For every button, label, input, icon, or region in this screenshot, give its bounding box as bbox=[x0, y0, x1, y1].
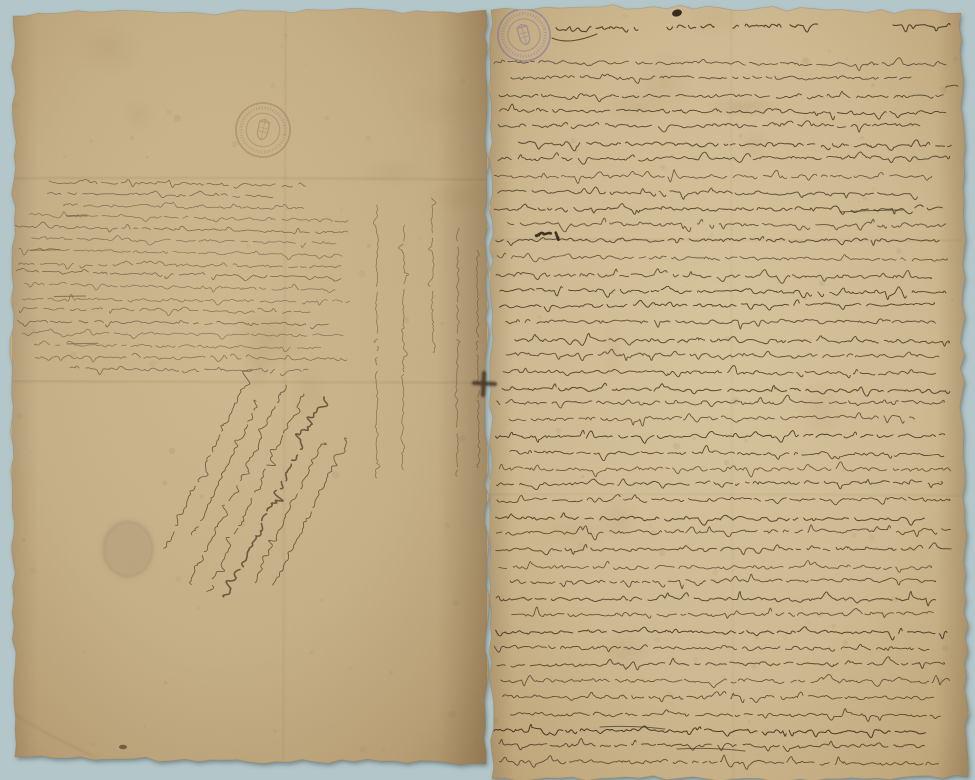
foxing-spot bbox=[951, 298, 954, 301]
foxing-spot bbox=[324, 116, 329, 121]
foxing-spot bbox=[29, 567, 36, 574]
foxing-spot bbox=[349, 667, 354, 672]
foxing-spot bbox=[693, 657, 698, 662]
manuscript-scan bbox=[0, 0, 975, 780]
foxing-spot bbox=[90, 741, 96, 747]
foxing-spot bbox=[581, 475, 585, 479]
foxing-spot bbox=[748, 720, 751, 723]
foxing-spot bbox=[650, 530, 657, 537]
foxing-spot bbox=[710, 233, 715, 238]
foxing-spot bbox=[372, 397, 374, 399]
foxing-spot bbox=[890, 596, 897, 603]
foxing-spot bbox=[310, 651, 314, 655]
foxing-spot bbox=[727, 755, 729, 757]
foxing-spot bbox=[164, 681, 168, 685]
foxing-spot bbox=[130, 136, 134, 140]
foxing-spot bbox=[21, 538, 25, 542]
foxing-spot bbox=[570, 138, 576, 144]
foxing-spot bbox=[858, 201, 860, 203]
foxing-spot bbox=[383, 748, 386, 751]
foxing-spot bbox=[948, 244, 952, 248]
foxing-spot bbox=[537, 314, 542, 319]
foxing-spot bbox=[324, 648, 326, 650]
paper-discoloration bbox=[120, 94, 156, 133]
foxing-spot bbox=[871, 83, 875, 87]
foxing-spot bbox=[360, 746, 367, 753]
foxing-spot bbox=[365, 135, 371, 141]
foxing-spot bbox=[149, 360, 156, 367]
foxing-spot bbox=[852, 533, 857, 538]
foxing-spot bbox=[389, 671, 393, 675]
foxing-spot bbox=[831, 624, 836, 629]
foxing-spot bbox=[842, 640, 848, 646]
foxing-spot bbox=[270, 83, 275, 88]
paper-discoloration bbox=[356, 158, 431, 188]
foxing-spot bbox=[744, 439, 748, 443]
foxing-spot bbox=[237, 410, 239, 412]
paper-discoloration bbox=[795, 377, 849, 441]
foxing-spot bbox=[474, 740, 481, 747]
foxing-spot bbox=[144, 726, 146, 728]
foxing-spot bbox=[556, 428, 561, 433]
foxing-spot bbox=[332, 471, 340, 479]
foxing-spot bbox=[654, 637, 660, 643]
foxing-spot bbox=[231, 141, 238, 148]
foxing-spot bbox=[660, 165, 666, 171]
foxing-spot bbox=[896, 248, 902, 254]
foxing-spot bbox=[71, 351, 77, 357]
foxing-spot bbox=[806, 620, 810, 624]
foxing-spot bbox=[367, 244, 371, 248]
round-stain bbox=[102, 520, 154, 578]
foxing-spot bbox=[671, 154, 673, 156]
foxing-spot bbox=[452, 600, 458, 606]
foxing-spot bbox=[769, 387, 772, 390]
paper-discoloration bbox=[704, 95, 783, 119]
foxing-spot bbox=[433, 295, 437, 299]
foxing-spot bbox=[648, 524, 653, 529]
foxing-spot bbox=[804, 117, 807, 120]
foxing-spot bbox=[869, 535, 875, 541]
foxing-spot bbox=[860, 136, 865, 141]
foxing-spot bbox=[841, 649, 843, 651]
foxing-spot bbox=[863, 196, 867, 200]
paper-discoloration bbox=[75, 21, 143, 77]
foxing-spot bbox=[756, 636, 759, 639]
foxing-spot bbox=[685, 283, 687, 285]
foxing-spot bbox=[146, 156, 149, 159]
foxing-spot bbox=[845, 58, 848, 61]
foxing-spot bbox=[13, 102, 20, 109]
foxing-spot bbox=[783, 635, 788, 640]
left-page bbox=[10, 8, 497, 768]
foxing-spot bbox=[246, 244, 251, 249]
foxing-spot bbox=[169, 448, 176, 455]
paper-discoloration bbox=[403, 79, 494, 129]
foxing-spot bbox=[273, 729, 277, 733]
foxing-spot bbox=[459, 435, 466, 442]
foxing-spot bbox=[175, 576, 181, 582]
foxing-spot bbox=[712, 569, 718, 575]
foxing-spot bbox=[197, 607, 200, 610]
foxing-spot bbox=[17, 413, 23, 419]
foxing-spot bbox=[942, 645, 949, 652]
foxing-spot bbox=[418, 238, 420, 240]
foxing-spot bbox=[430, 476, 432, 478]
foxing-spot bbox=[63, 155, 67, 159]
foxing-spot bbox=[671, 702, 675, 706]
foxing-spot bbox=[619, 255, 622, 258]
foxing-spot bbox=[531, 188, 533, 190]
foxing-spot bbox=[359, 270, 367, 278]
foxing-spot bbox=[724, 460, 729, 465]
foxing-spot bbox=[667, 691, 674, 698]
foxing-spot bbox=[692, 436, 695, 439]
foxing-spot bbox=[162, 481, 167, 486]
foxing-spot bbox=[280, 43, 284, 47]
paper-discoloration bbox=[226, 304, 310, 371]
foxing-spot bbox=[77, 407, 79, 409]
foxing-spot bbox=[174, 115, 181, 122]
foxing-spot bbox=[319, 598, 322, 601]
foxing-spot bbox=[752, 664, 757, 669]
foxing-spot bbox=[82, 650, 86, 654]
foxing-spot bbox=[30, 451, 32, 453]
foxing-spot bbox=[953, 56, 958, 61]
foxing-spot bbox=[294, 629, 296, 631]
scan-canvas: Scan of an aged two-page handwritten let… bbox=[0, 0, 975, 780]
foxing-spot bbox=[448, 711, 455, 718]
foxing-spot bbox=[828, 49, 832, 53]
paper-discoloration bbox=[18, 316, 47, 342]
foxing-spot bbox=[311, 352, 313, 354]
foxing-spot bbox=[444, 523, 450, 529]
foxing-spot bbox=[199, 494, 204, 499]
foxing-spot bbox=[474, 694, 479, 699]
foxing-spot bbox=[440, 322, 444, 326]
foxing-spot bbox=[623, 13, 629, 19]
foxing-spot bbox=[340, 209, 342, 211]
foxing-spot bbox=[460, 150, 463, 153]
foxing-spot bbox=[871, 187, 876, 192]
foxing-spot bbox=[284, 34, 287, 37]
foxing-spot bbox=[166, 109, 172, 115]
ink-blot bbox=[119, 745, 127, 749]
foxing-spot bbox=[305, 65, 307, 67]
right-page bbox=[474, 0, 969, 780]
foxing-spot bbox=[673, 443, 680, 450]
foxing-spot bbox=[659, 550, 665, 556]
foxing-spot bbox=[89, 139, 93, 143]
foxing-spot bbox=[802, 57, 809, 64]
foxing-spot bbox=[756, 753, 758, 755]
